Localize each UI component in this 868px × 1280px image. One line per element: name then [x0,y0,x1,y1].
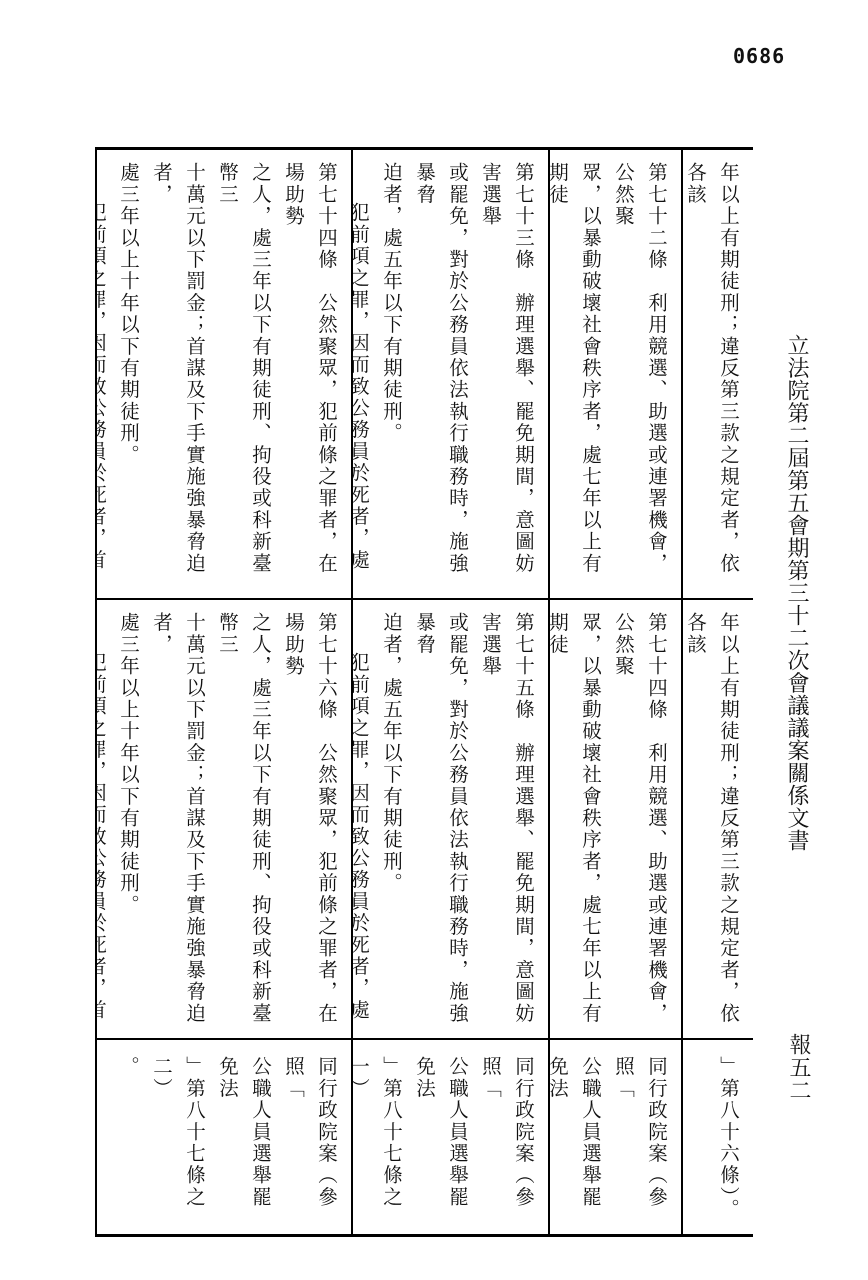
table-cell: 年以上有期徒刑；違反第三款之規定者，依各該 有關處罰之法律處斷。 [683,150,753,598]
text-line: 犯前項之罪，因而致公務員於死者，處無期 [353,162,375,590]
table-row-government-version: 年以上有期徒刑；違反第三款之規定者，依各該 有關處罰之法律處斷。 第七十四條 利… [97,600,753,1040]
text-line: 迫者，處五年以下有期徒刑。 [375,162,408,590]
text-line: 十萬元以下罰金；首謀及下手實施強暴脅迫者， [145,612,211,1030]
table-cell: 第七十二條 利用競選、助選或連署機會，公然聚 眾，以暴動破壞社會秩序者，處七年以… [550,150,683,598]
text-line: 之人，處三年以下有期徒刑、拘役或科新臺幣三 [211,162,277,590]
text-line: 公職人員選舉罷免法 [550,1056,607,1229]
text-line: 處三年以上十年以下有期徒刑。 [112,162,145,590]
article-heading-line: 第七十六條 公然聚眾，犯前條之罪者，在場助勢 [277,612,343,1030]
page-label: 報五二 [783,1033,814,1102]
text-line: 處三年以上十年以下有期徒刑。 [112,612,145,1030]
text-line: 」第八十七條之二） [145,1056,211,1229]
text-line: 十萬元以下罰金；首謀及下手實施強暴脅迫者， [145,162,211,590]
article-heading-line: 第七十五條 辦理選舉、罷免期間，意圖妨害選舉 [474,612,540,1030]
text-line: 公職人員選舉罷免法 [211,1056,277,1229]
article-heading-line: 第七十二條 利用競選、助選或連署機會，公然聚 [607,162,673,590]
table-cell: 第七十四條 利用競選、助選或連署機會，公然聚 眾，以暴動破壞社會秩序者，處七年以… [550,600,683,1038]
text-line: 或罷免，對於公務員依法執行職務時，施強暴脅 [408,612,474,1030]
text-line: 。 [112,1056,145,1229]
text-line: 眾，以暴動破壞社會秩序者，處七年以上有期徒 [550,162,607,590]
article-heading-line: 第七十四條 利用競選、助選或連署機會，公然聚 [607,612,673,1030]
table-row-committee-version: 年以上有期徒刑；違反第三款之規定者，依各該 有關處罰之法律處斷。 第七十二條 利… [97,150,753,600]
table-cell: 同行政院案（參照「 公職人員選舉罷免法 」第八十七條之二） 。 [97,1040,353,1237]
text-line: 之人，處三年以下有期徒刑、拘役或科新臺幣三 [211,612,277,1030]
text-line: 眾，以暴動破壞社會秩序者，處七年以上有期徒 [550,612,607,1030]
text-line: 」第八十六條）。 [712,1056,745,1229]
comparison-table: 年以上有期徒刑；違反第三款之規定者，依各該 有關處罰之法律處斷。 第七十二條 利… [95,147,753,1237]
page-number: 0686 [733,44,785,68]
table-row-reference-notes: 」第八十六條）。 同行政院案（參照「 公職人員選舉罷免法 」第八十七條）。 同行… [97,1040,753,1237]
article-heading-line: 第七十三條 辦理選舉、罷免期間，意圖妨害選舉 [474,162,540,590]
table-cell: 第七十四條 公然聚眾，犯前條之罪者，在場助勢 之人，處三年以下有期徒刑、拘役或科… [97,150,353,598]
table-cell: 」第八十六條）。 [683,1040,753,1237]
text-line: 同行政院案（參照「 [277,1056,343,1229]
table-cell: 第七十三條 辦理選舉、罷免期間，意圖妨害選舉 或罷免，對於公務員依法執行職務時，… [353,150,550,598]
text-line: 」第八十七條之一） [353,1056,408,1229]
text-line: 或罷免，對於公務員依法執行職務時，施強暴脅 [408,162,474,590]
text-line: 犯前項之罪，因而致公務員於死者，首謀及 [97,612,112,1030]
table-cell: 年以上有期徒刑；違反第三款之規定者，依各該 有關處罰之法律處斷。 [683,600,753,1038]
text-line: 迫者，處五年以下有期徒刑。 [375,612,408,1030]
table-cell: 第七十六條 公然聚眾，犯前條之罪者，在場助勢 之人，處三年以下有期徒刑、拘役或科… [97,600,353,1038]
text-line: 同行政院案（參照「 [607,1056,673,1229]
table-cell: 第七十五條 辦理選舉、罷免期間，意圖妨害選舉 或罷免，對於公務員依法執行職務時，… [353,600,550,1038]
article-heading-line: 第七十四條 公然聚眾，犯前條之罪者，在場助勢 [277,162,343,590]
text-line: 公職人員選舉罷免法 [408,1056,474,1229]
table-cell: 同行政院案（參照「 公職人員選舉罷免法 」第八十七條）。 [550,1040,683,1237]
text-line: 犯前項之罪，因而致公務員於死者，首謀及 [97,162,112,590]
text-line: 同行政院案（參照「 [474,1056,540,1229]
table-cell: 同行政院案（參照「 公職人員選舉罷免法 」第八十七條之一） 。 [353,1040,550,1237]
text-line: 年以上有期徒刑；違反第三款之規定者，依各該 [683,162,745,590]
text-line: 犯前項之罪，因而致公務員於死者，處無期 [353,612,375,1030]
text-line: 年以上有期徒刑；違反第三款之規定者，依各該 [683,612,745,1030]
running-header: 立法院第二屆第五會期第三十二次會議議案關係文書 [783,334,809,852]
